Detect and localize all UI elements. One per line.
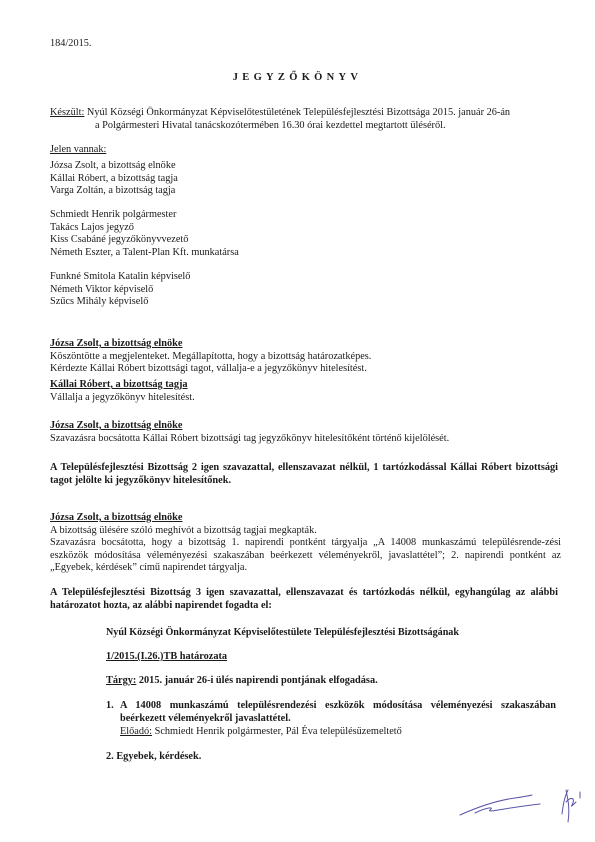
attendees-label: Jelen vannak: <box>50 144 106 157</box>
prepared-text-2: a Polgármesteri Hivatal tanácskozóterméb… <box>95 120 446 133</box>
section-line: A bizottság ülésére szóló meghívót a biz… <box>50 525 561 538</box>
attendee: Funkné Smitola Katalin képviselő <box>50 271 190 284</box>
agenda-number: 1. <box>106 700 114 713</box>
document-title: JEGYZŐKÖNYV <box>0 72 595 85</box>
section-chair-opening: Józsa Zsolt, a bizottság elnöke Köszöntö… <box>50 338 371 376</box>
attendees-staff: Schmiedt Henrik polgármester Takács Lajo… <box>50 209 239 259</box>
attendee: Schmiedt Henrik polgármester <box>50 209 239 222</box>
section-chair-agenda: Józsa Zsolt, a bizottság elnöke A bizott… <box>50 512 561 575</box>
resolution-number: 1/2015.(I.26.)TB határozata <box>106 651 227 664</box>
subject-text: 2015. január 26-i ülés napirendi pontján… <box>136 675 377 686</box>
presenter-names: Schmiedt Henrik polgármester, Pál Éva te… <box>152 726 402 737</box>
agenda-item-1: 1. A 14008 munkaszámú településrendezési… <box>106 700 556 725</box>
attendee: Varga Zoltán, a bizottság tagja <box>50 185 178 198</box>
speaker-heading: Józsa Zsolt, a bizottság elnöke <box>50 512 561 525</box>
signature-initials <box>450 778 590 823</box>
prepared-line: Készült: Nyúl Községi Önkormányzat Képvi… <box>50 107 510 120</box>
attendee: Szűcs Mihály képviselő <box>50 296 190 309</box>
attendee: Németh Viktor képviselő <box>50 284 190 297</box>
speaker-heading: Kállai Róbert, a bizottság tagja <box>50 379 195 392</box>
attendee: Kállai Róbert, a bizottság tagja <box>50 173 178 186</box>
section-member-reply: Kállai Róbert, a bizottság tagja Vállalj… <box>50 379 195 404</box>
document-number: 184/2015. <box>50 38 91 51</box>
vote-result-1: A Településfejlesztési Bizottság 2 igen … <box>50 462 558 487</box>
section-line: Kérdezte Kállai Róbert bizottsági tagot,… <box>50 363 371 376</box>
attendees-representatives: Funkné Smitola Katalin képviselő Németh … <box>50 271 190 309</box>
presenter-label: Előadó: <box>120 726 152 737</box>
agenda-text: Egyebek, kérdések. <box>116 751 201 762</box>
attendee: Kiss Csabáné jegyzőkönyvvezető <box>50 234 239 247</box>
agenda-item-2: 2. Egyebek, kérdések. <box>106 751 201 764</box>
section-line: Vállalja a jegyzőkönyv hitelesítést. <box>50 392 195 405</box>
section-line: Szavazásra bocsátotta Kállai Róbert bizo… <box>50 433 449 446</box>
attendees-committee: Józsa Zsolt, a bizottság elnöke Kállai R… <box>50 160 178 198</box>
attendee: Németh Eszter, a Talent-Plan Kft. munkat… <box>50 247 239 260</box>
section-line: Köszöntötte a megjelenteket. Megállapíto… <box>50 351 371 364</box>
section-chair-vote-call: Józsa Zsolt, a bizottság elnöke Szavazás… <box>50 420 449 445</box>
agenda-text: A 14008 munkaszámú településrendezési es… <box>120 700 556 725</box>
attendee: Takács Lajos jegyző <box>50 222 239 235</box>
speaker-heading: Józsa Zsolt, a bizottság elnöke <box>50 420 449 433</box>
agenda-number: 2. <box>106 751 114 762</box>
subject-label: Tárgy: <box>106 675 136 686</box>
resolution-organization: Nyúl Községi Önkormányzat Képviselőtestü… <box>106 627 459 640</box>
vote-result-2: A Településfejlesztési Bizottság 3 igen … <box>50 587 558 612</box>
prepared-label: Készült: <box>50 107 84 118</box>
prepared-text-1: Nyúl Községi Önkormányzat Képviselőtestü… <box>87 107 510 118</box>
section-paragraph: Szavazásra bocsátotta, hogy a bizottság … <box>50 537 561 575</box>
resolution-subject: Tárgy: 2015. január 26-i ülés napirendi … <box>106 675 378 688</box>
attendee: Józsa Zsolt, a bizottság elnöke <box>50 160 178 173</box>
agenda-presenter: Előadó: Schmiedt Henrik polgármester, Pá… <box>120 726 402 739</box>
speaker-heading: Józsa Zsolt, a bizottság elnöke <box>50 338 371 351</box>
